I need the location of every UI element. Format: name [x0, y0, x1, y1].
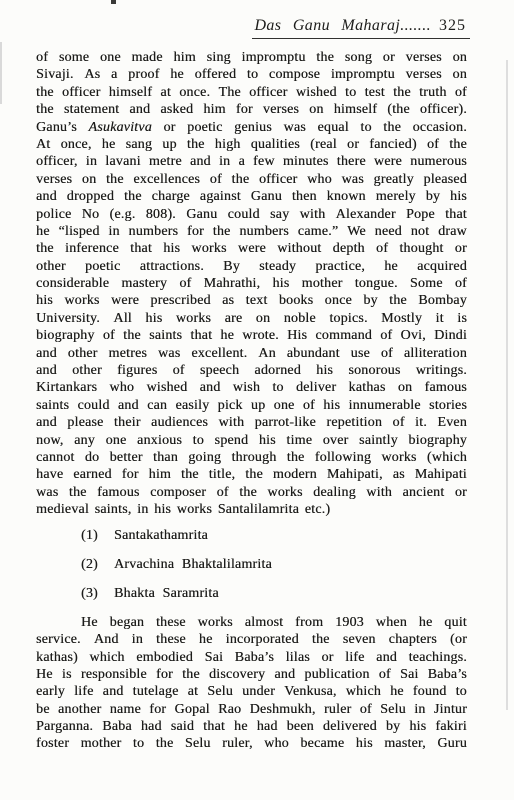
word: can — [147, 397, 167, 414]
word: him — [203, 101, 225, 118]
word: officer, — [36, 153, 78, 170]
word: in — [219, 153, 230, 170]
word: high — [215, 136, 241, 153]
word: seven — [343, 631, 376, 648]
word: Baba’s — [428, 666, 467, 683]
word: say — [270, 206, 289, 223]
word: Parganna. — [36, 718, 93, 735]
word: in — [108, 223, 119, 240]
word: of — [379, 666, 391, 683]
word: metre — [149, 153, 182, 170]
word: were — [111, 292, 139, 309]
word: on — [256, 310, 270, 327]
word: And — [94, 631, 119, 648]
word: to — [360, 119, 371, 136]
word: his — [259, 432, 276, 449]
word: genius — [234, 119, 272, 136]
paragraph: Hebegantheseworksalmostfrom1903whenhequi… — [36, 614, 467, 753]
word: offered — [195, 66, 237, 83]
word: Gopal — [175, 701, 210, 718]
word: At — [36, 136, 50, 153]
word: he — [419, 614, 433, 631]
running-header: Das Ganu Maharaj.......325 — [252, 17, 470, 39]
text-line: saintscouldandcaneasilypickuponeofhisinn… — [36, 397, 467, 414]
word: tutelage — [133, 683, 179, 700]
word: his — [154, 502, 177, 517]
word: Mostly — [381, 310, 422, 327]
word: were — [238, 240, 266, 257]
word: to — [247, 66, 258, 83]
word: writings. — [416, 362, 467, 379]
word: had — [257, 718, 278, 735]
word: sonorous — [348, 362, 400, 379]
word: wished — [146, 379, 187, 396]
word: who — [264, 735, 289, 752]
word: and — [36, 345, 57, 362]
word: to — [133, 735, 144, 752]
word: time — [286, 432, 312, 449]
word: following — [315, 449, 371, 466]
word: or — [163, 119, 175, 136]
word: from — [295, 614, 323, 631]
word: practice, — [315, 258, 365, 275]
word: the — [316, 49, 334, 66]
word: wish — [233, 379, 260, 396]
word: wrote. — [242, 327, 279, 344]
word: pleased — [424, 171, 467, 188]
word: fakiri — [435, 718, 467, 735]
word: incorporated — [226, 631, 299, 648]
word: without — [277, 240, 321, 257]
word: against — [200, 188, 241, 205]
word: works — [267, 484, 302, 501]
word: adorned — [254, 362, 301, 379]
word: of — [179, 275, 191, 292]
word: easily — [175, 397, 209, 414]
word: stories — [429, 397, 467, 414]
word: He — [81, 614, 98, 631]
word: 808). — [146, 206, 176, 223]
word: (which — [427, 449, 467, 466]
word: it — [436, 310, 444, 327]
word: of — [376, 240, 388, 257]
word: or — [455, 484, 467, 501]
word: Mahrathi, — [204, 275, 261, 292]
list-item-text: Bhakta Saramrita — [114, 586, 219, 601]
word: his — [450, 188, 467, 205]
word: he — [384, 258, 398, 275]
scan-artifact-top — [111, 0, 116, 4]
word: Bombay — [418, 292, 467, 309]
word: at — [160, 84, 171, 101]
word: once — [325, 292, 352, 309]
list-item: (2)Arvachina Bhaktalilamrita — [81, 556, 467, 573]
word: Jintur — [434, 701, 467, 718]
word: Dindi — [434, 327, 467, 344]
word: biography — [408, 432, 467, 449]
word: himself — [109, 84, 152, 101]
text-line: cannotdobetterthangoingthroughthefollowi… — [36, 449, 467, 466]
word: of — [393, 414, 405, 431]
word: statement — [64, 101, 119, 118]
word: other — [72, 362, 102, 379]
word: have — [36, 466, 63, 483]
word: is — [457, 310, 467, 327]
word: verses — [36, 171, 72, 188]
word: could — [228, 206, 260, 223]
word: once, — [61, 136, 92, 153]
word: An — [258, 345, 276, 362]
list-marker: (2) — [81, 556, 114, 573]
word: made — [132, 49, 163, 66]
text-line: Ganu’sAsukavitvaorpoeticgeniuswasequalto… — [36, 119, 467, 136]
document-body: ofsomeonemadehimsingimpromptuthesongorve… — [36, 49, 467, 753]
word: occasion. — [413, 119, 467, 136]
word: and — [36, 414, 57, 431]
word: early — [36, 683, 65, 700]
word: steady — [259, 258, 296, 275]
word: when — [376, 614, 407, 631]
list-marker: (3) — [81, 585, 114, 602]
word: for — [149, 701, 166, 718]
word: as — [393, 466, 405, 483]
word: “lisped — [58, 223, 99, 240]
word: him — [149, 466, 171, 483]
word: medieval — [36, 502, 95, 517]
text-line: Sivaji.Asaproofheofferedtocomposeimpromp… — [36, 66, 467, 83]
word: life — [345, 649, 364, 666]
word: lavani — [105, 153, 140, 170]
word: saints — [149, 327, 182, 344]
text-line: fostermothertotheSeluruler,whobecamehism… — [36, 735, 467, 752]
word: to — [456, 683, 467, 700]
word: in — [86, 153, 97, 170]
word: he — [390, 683, 404, 700]
text-line: service.Andintheseheincorporatedtheseven… — [36, 631, 467, 648]
word: under — [242, 683, 275, 700]
word: famous — [425, 379, 467, 396]
word: the — [36, 84, 54, 101]
word: by — [386, 718, 400, 735]
word: the — [449, 136, 467, 153]
word: or — [383, 49, 395, 66]
word: topics. — [329, 310, 367, 327]
word: the — [156, 735, 174, 752]
word: a — [238, 153, 244, 170]
word: a — [111, 66, 117, 83]
word: Asukavitva — [88, 119, 151, 136]
word: had — [141, 718, 162, 735]
word: and — [200, 379, 221, 396]
word: once. — [179, 84, 210, 101]
word: came.” — [298, 223, 338, 240]
word: thought — [399, 240, 443, 257]
word: qualities — [251, 136, 300, 153]
word: impromptu — [242, 49, 306, 66]
word: the — [393, 84, 411, 101]
word: innumerable — [349, 397, 421, 414]
word: song — [345, 49, 372, 66]
word: All — [113, 310, 132, 327]
word: noble — [284, 310, 316, 327]
word: The — [218, 84, 240, 101]
page-edge-shadow-left — [0, 42, 2, 104]
text-line: biographyofthesaintsthathewrote.Hiscomma… — [36, 327, 467, 344]
word: some — [59, 49, 89, 66]
word: (e.g. — [110, 206, 136, 223]
word: works — [381, 449, 416, 466]
word: verses — [406, 66, 442, 83]
word: Even — [437, 414, 467, 431]
word: command — [315, 327, 372, 344]
word: with — [366, 484, 392, 501]
word: the — [187, 136, 205, 153]
word: of — [427, 136, 439, 153]
word: Sivaji. — [36, 66, 74, 83]
text-line: haveearnedforhimthetitle,themodernMahipa… — [36, 466, 467, 483]
word: saints, — [95, 502, 138, 517]
word: his — [409, 718, 426, 735]
word: attractions. — [140, 258, 204, 275]
word: his — [356, 735, 373, 752]
text-line: considerablemasteryofMahrathi,hismothert… — [36, 275, 467, 292]
word: sang — [126, 136, 152, 153]
word: Mahipati — [415, 466, 467, 483]
word: him — [173, 49, 195, 66]
word: at — [188, 683, 199, 700]
word: and — [36, 362, 57, 379]
word: (or — [450, 631, 467, 648]
word: excellences — [133, 171, 200, 188]
word: the — [181, 466, 199, 483]
word: another — [58, 701, 101, 718]
word: to — [193, 432, 204, 449]
word: need — [375, 223, 402, 240]
word: anxious — [137, 432, 182, 449]
word: Kirtankars — [36, 379, 97, 396]
word: in — [132, 631, 143, 648]
word: through — [231, 449, 276, 466]
word: (the — [387, 101, 410, 118]
text-line: theinferencethathisworkswerewithoutdepth… — [36, 240, 467, 257]
word: abundant — [287, 345, 340, 362]
word: that — [130, 240, 152, 257]
word: teachings. — [409, 649, 467, 666]
word: which — [89, 649, 124, 666]
word: of — [217, 484, 229, 501]
word: works — [176, 310, 211, 327]
word: over — [323, 432, 349, 449]
word: and — [190, 153, 211, 170]
word: the — [239, 484, 257, 501]
word: Alexander — [336, 206, 396, 223]
word: the — [69, 484, 87, 501]
word: were — [374, 153, 402, 170]
list-item-text: Santakathamrita — [114, 528, 208, 543]
word: for — [187, 223, 204, 240]
word: with — [300, 206, 326, 223]
word: of — [36, 49, 48, 66]
word: which — [346, 683, 381, 700]
word: spend — [215, 432, 249, 449]
text-line: policeNo(e.g.808).GanucouldsaywithAlexan… — [36, 206, 467, 223]
word: officer — [259, 171, 297, 188]
word: not — [411, 223, 430, 240]
word: dropped — [67, 188, 114, 205]
word: prescribed — [150, 292, 210, 309]
word: the — [287, 449, 305, 466]
word: he — [102, 136, 116, 153]
word: the — [389, 292, 407, 309]
word: saints — [36, 397, 69, 414]
word: is — [62, 666, 72, 683]
word: been — [287, 718, 314, 735]
word: one — [100, 49, 121, 66]
word: mother — [302, 275, 343, 292]
word: few — [253, 153, 275, 170]
word: of — [455, 275, 467, 292]
text-line: anddroppedthechargeagainstGanuthenknownm… — [36, 188, 467, 205]
word: 1903 — [335, 614, 364, 631]
word: As — [84, 66, 100, 83]
word: publication — [304, 666, 369, 683]
word: deliver — [296, 379, 336, 396]
word: kathas) — [36, 649, 78, 666]
word: Sai — [205, 649, 224, 666]
word: his — [145, 310, 162, 327]
word: do — [85, 449, 99, 466]
word: Baba’s — [235, 649, 274, 666]
word: of — [210, 171, 222, 188]
word: No — [82, 206, 100, 223]
text-line: Heisresponsibleforthediscoveryandpublica… — [36, 666, 467, 683]
word: parrot-like — [255, 414, 316, 431]
works-list: (1)Santakathamrita(2)Arvachina Bhaktalil… — [81, 527, 467, 603]
word: Ganu — [251, 188, 282, 205]
word: master, — [384, 735, 426, 752]
header-page-number: 325 — [439, 17, 466, 34]
word: alliteration — [404, 345, 467, 362]
word: are — [225, 310, 243, 327]
word: and — [376, 649, 397, 666]
word: the — [123, 327, 141, 344]
word: poetic — [187, 119, 222, 136]
word: as — [222, 292, 234, 309]
word: works — [191, 240, 226, 257]
word: that — [445, 206, 467, 223]
word: poetic — [85, 258, 120, 275]
text-line: andotherfiguresofspeechadornedhissonorou… — [36, 362, 467, 379]
text-line: he“lispedinnumbersforthenumberscame.”Wen… — [36, 223, 467, 240]
word: or — [347, 136, 359, 153]
word: numbers — [129, 223, 179, 240]
word: police — [36, 206, 71, 223]
word: life — [74, 683, 93, 700]
word: numerous — [410, 153, 467, 170]
word: found — [413, 683, 447, 700]
word: depth — [333, 240, 365, 257]
word: delivered — [323, 718, 377, 735]
word: name — [110, 701, 141, 718]
word: of — [103, 327, 115, 344]
word: verses — [263, 101, 299, 118]
word: foster — [36, 735, 69, 752]
word: asked — [160, 101, 193, 118]
word: Sai — [400, 666, 419, 683]
word: and — [103, 683, 124, 700]
list-item: (1)Santakathamrita — [81, 527, 467, 544]
word: speech — [200, 362, 239, 379]
word: figures — [117, 362, 157, 379]
word: Ganu — [186, 206, 217, 223]
word: tongue. — [355, 275, 398, 292]
word: their — [114, 414, 141, 431]
word: the — [182, 666, 200, 683]
paragraph: ofsomeonemadehimsingimpromptuthesongorve… — [36, 49, 467, 519]
word: repetition — [326, 414, 382, 431]
word: (real — [310, 136, 337, 153]
word: University. — [36, 310, 100, 327]
word: with — [218, 414, 244, 431]
word: his — [36, 292, 53, 309]
word: the — [312, 631, 330, 648]
word: His — [287, 327, 307, 344]
word: Rao — [218, 701, 241, 718]
word: ancient — [403, 484, 445, 501]
word: text — [246, 292, 268, 309]
word: of — [380, 327, 392, 344]
word: works — [64, 292, 99, 309]
word: the — [106, 171, 124, 188]
word: other — [68, 345, 98, 362]
word: please — [67, 414, 103, 431]
word: inference — [65, 240, 119, 257]
word: be — [36, 701, 50, 718]
text-line: ofsomeonemadehimsingimpromptuthesongorve… — [36, 49, 467, 66]
word: in — [414, 701, 425, 718]
word: there — [337, 153, 366, 170]
word: draw — [438, 223, 467, 240]
word: Guru — [437, 735, 467, 752]
word: books — [279, 292, 313, 309]
text-line: otherpoeticattractions.Bysteadypractice,… — [36, 258, 467, 275]
word: on — [309, 101, 323, 118]
word: lilas — [286, 649, 310, 666]
word: and — [36, 188, 57, 205]
word: ruler, — [222, 735, 253, 752]
word: was — [158, 345, 180, 362]
word: to — [345, 84, 356, 101]
word: he — [199, 631, 213, 648]
text-line: kathas)whichembodiedSaiBaba’slilasorlife… — [36, 649, 467, 666]
word: almost — [245, 614, 284, 631]
word: on — [398, 379, 412, 396]
word: up — [251, 397, 265, 414]
word: in — [137, 502, 154, 517]
word: use — [351, 345, 370, 362]
word: discovery — [209, 666, 265, 683]
text-line: Parganna.Babahadsaidthathehadbeendeliver… — [36, 718, 467, 735]
word: service. — [36, 631, 81, 648]
word: the — [245, 466, 263, 483]
word: officer). — [420, 101, 467, 118]
text-line: wasthefamouscomposeroftheworksdealingwit… — [36, 484, 467, 501]
word: the — [213, 223, 231, 240]
header-title: Das Ganu Maharaj....... — [254, 17, 431, 34]
word: Mahipati, — [327, 466, 383, 483]
word: of — [455, 84, 467, 101]
text-line: officer,inlavanimetreandinafewminutesthe… — [36, 153, 467, 170]
